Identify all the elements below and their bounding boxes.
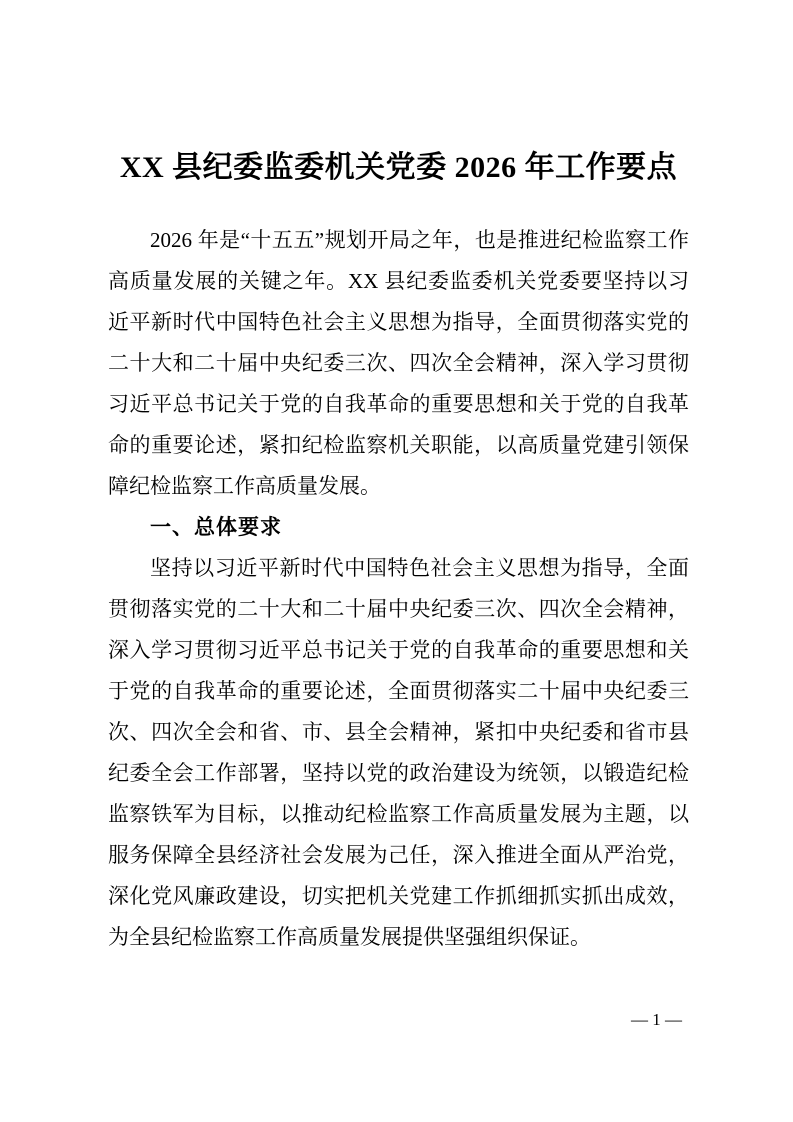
section-heading-overall-requirements: 一、总体要求: [108, 507, 689, 548]
section-body-paragraph: 坚持以习近平新时代中国特色社会主义思想为指导，全面贯彻落实党的二十大和二十届中央…: [108, 548, 689, 958]
document-content: XX 县纪委监委机关党委 2026 年工作要点 2026 年是“十五五”规划开局…: [0, 0, 793, 958]
document-title: XX 县纪委监委机关党委 2026 年工作要点: [108, 146, 689, 190]
document-page: XX 县纪委监委机关党委 2026 年工作要点 2026 年是“十五五”规划开局…: [0, 0, 793, 1122]
intro-paragraph: 2026 年是“十五五”规划开局之年，也是推进纪检监察工作高质量发展的关键之年。…: [108, 220, 689, 507]
page-number: — 1 —: [631, 1008, 682, 1032]
